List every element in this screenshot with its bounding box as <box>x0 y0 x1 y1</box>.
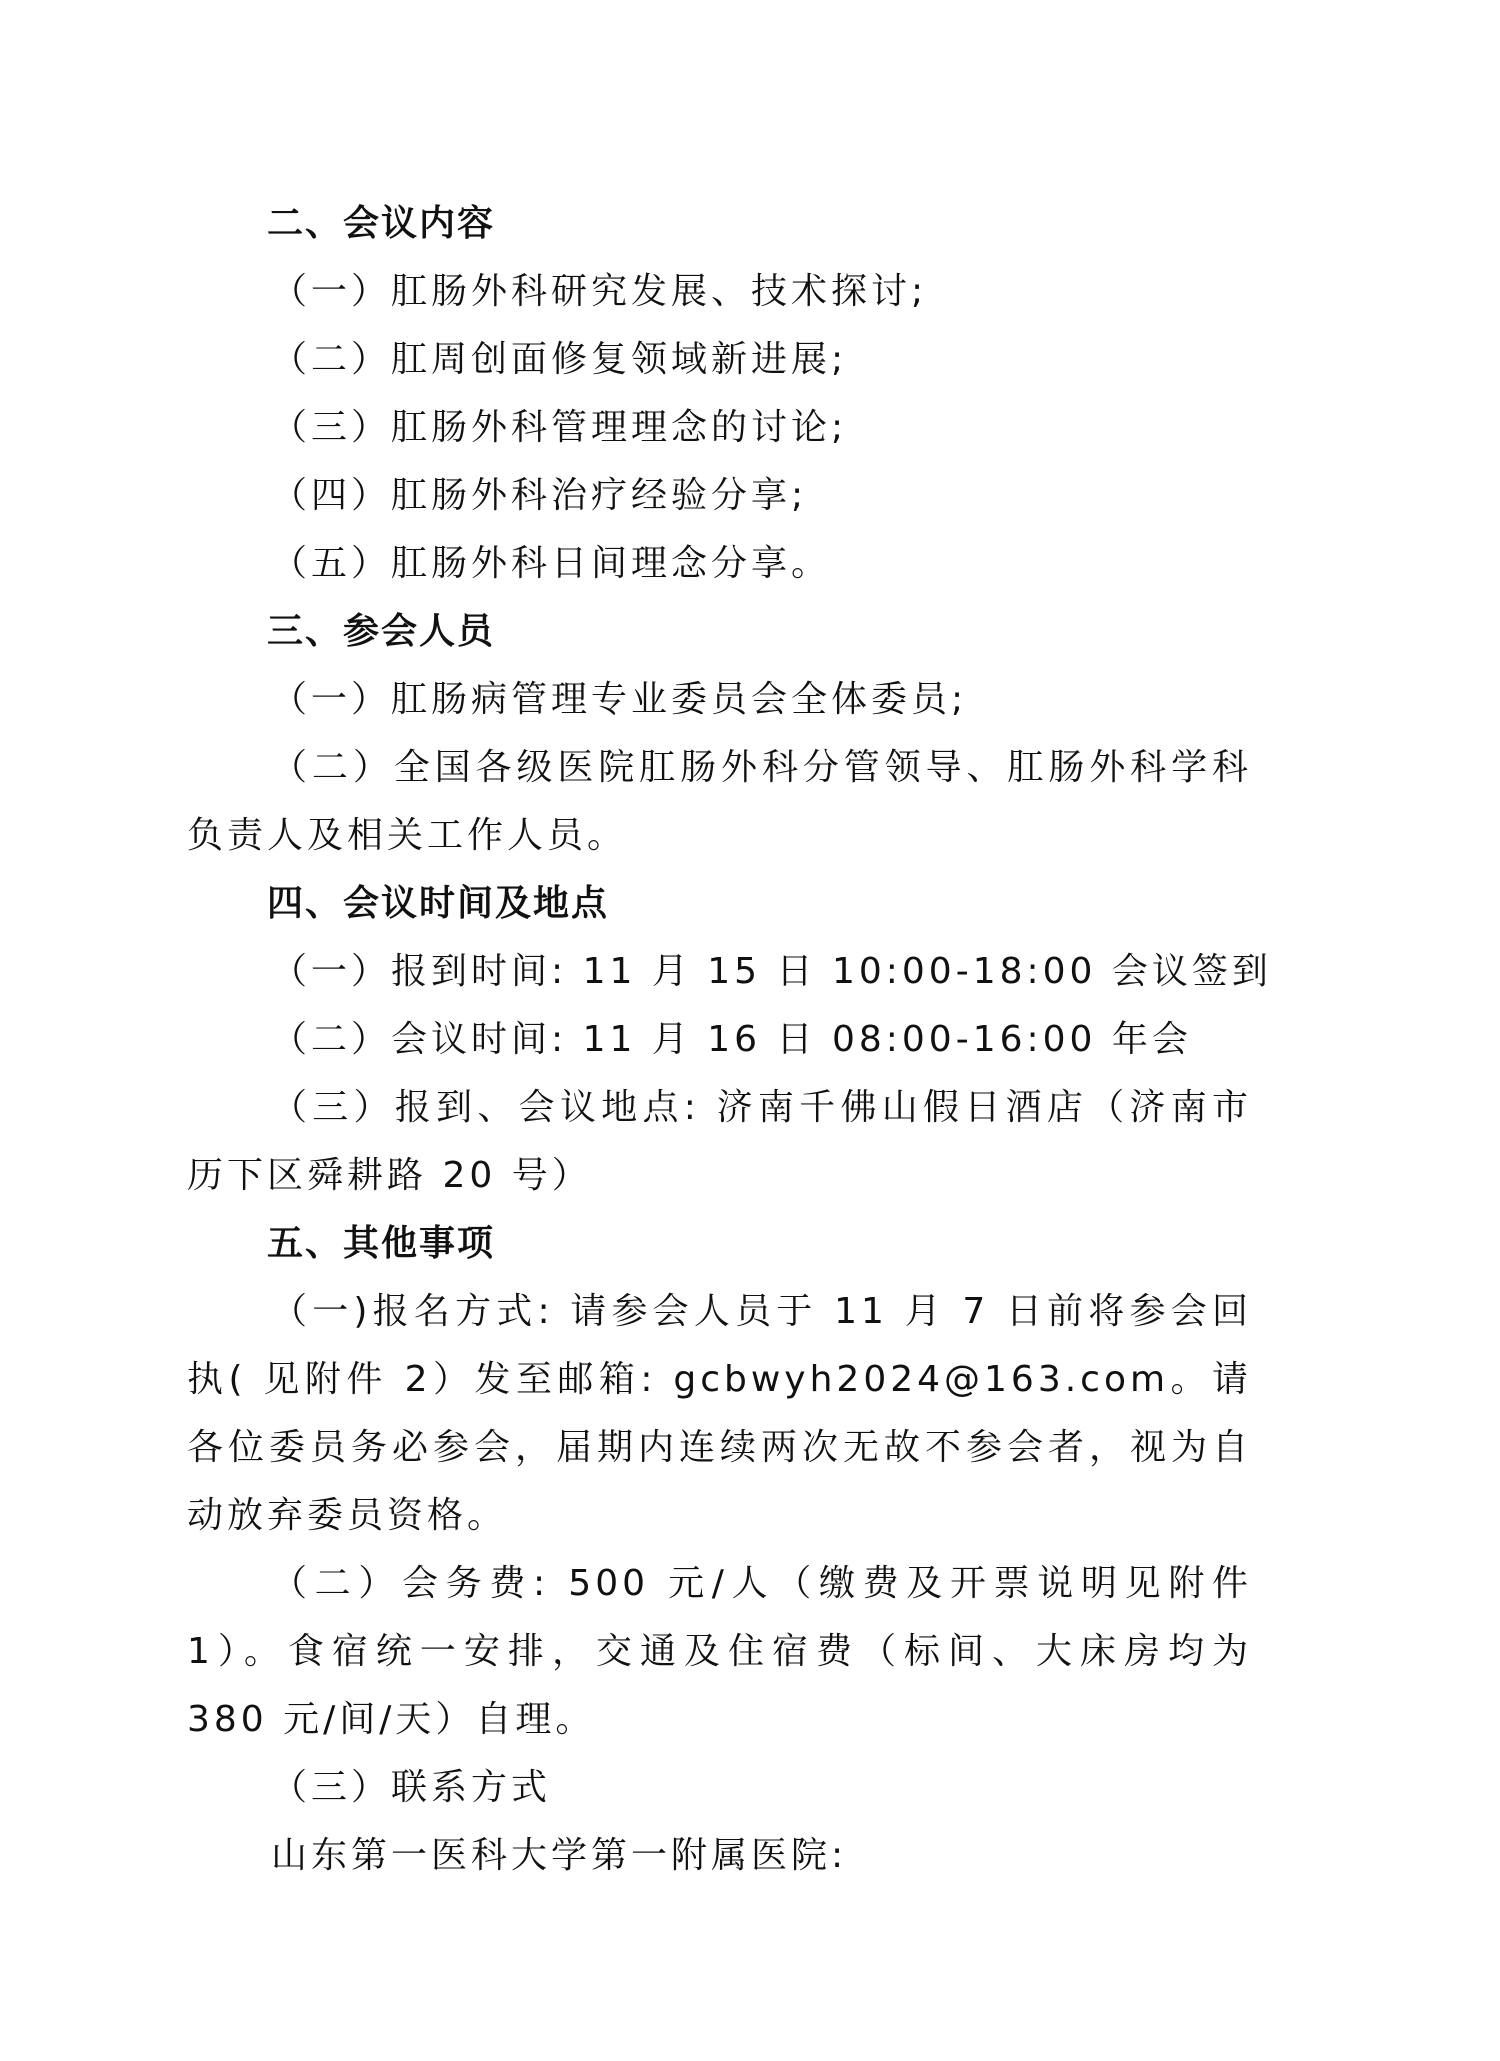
registration-method: （一)报名方式: 请参会人员于 11 月 7 日前将参会回执( 见附件 2）发至… <box>187 1278 1252 1550</box>
meeting-time: （二）会议时间: 11 月 16 日 08:00-16:00 年会 <box>187 1006 1252 1074</box>
content-item-1: （一）肛肠外科研究发展、技术探讨; <box>187 258 1252 326</box>
meeting-location: （三）报到、会议地点: 济南千佛山假日酒店（济南市历下区舜耕路 20 号） <box>187 1074 1252 1210</box>
attendees-item-2: （二）全国各级医院肛肠外科分管领导、肛肠外科学科负责人及相关工作人员。 <box>187 734 1252 870</box>
document-page: 二、会议内容 （一）肛肠外科研究发展、技术探讨; （二）肛周创面修复领域新进展;… <box>187 190 1252 1890</box>
contact-heading: （三）联系方式 <box>187 1754 1252 1822</box>
attendees-item-1: （一）肛肠病管理专业委员会全体委员; <box>187 666 1252 734</box>
content-item-5: （五）肛肠外科日间理念分享。 <box>187 530 1252 598</box>
content-item-3: （三）肛肠外科管理理念的讨论; <box>187 394 1252 462</box>
section-heading-attendees: 三、参会人员 <box>187 598 1252 666</box>
contact-institution: 山东第一医科大学第一附属医院: <box>187 1822 1252 1890</box>
conference-fee: （二）会务费: 500 元/人（缴费及开票说明见附件 1）。食宿统一安排，交通及… <box>187 1550 1252 1754</box>
section-heading-content: 二、会议内容 <box>187 190 1252 258</box>
section-heading-time-place: 四、会议时间及地点 <box>187 870 1252 938</box>
checkin-time: （一）报到时间: 11 月 15 日 10:00-18:00 会议签到 <box>187 938 1252 1006</box>
content-item-2: （二）肛周创面修复领域新进展; <box>187 326 1252 394</box>
section-heading-other: 五、其他事项 <box>187 1210 1252 1278</box>
content-item-4: （四）肛肠外科治疗经验分享; <box>187 462 1252 530</box>
